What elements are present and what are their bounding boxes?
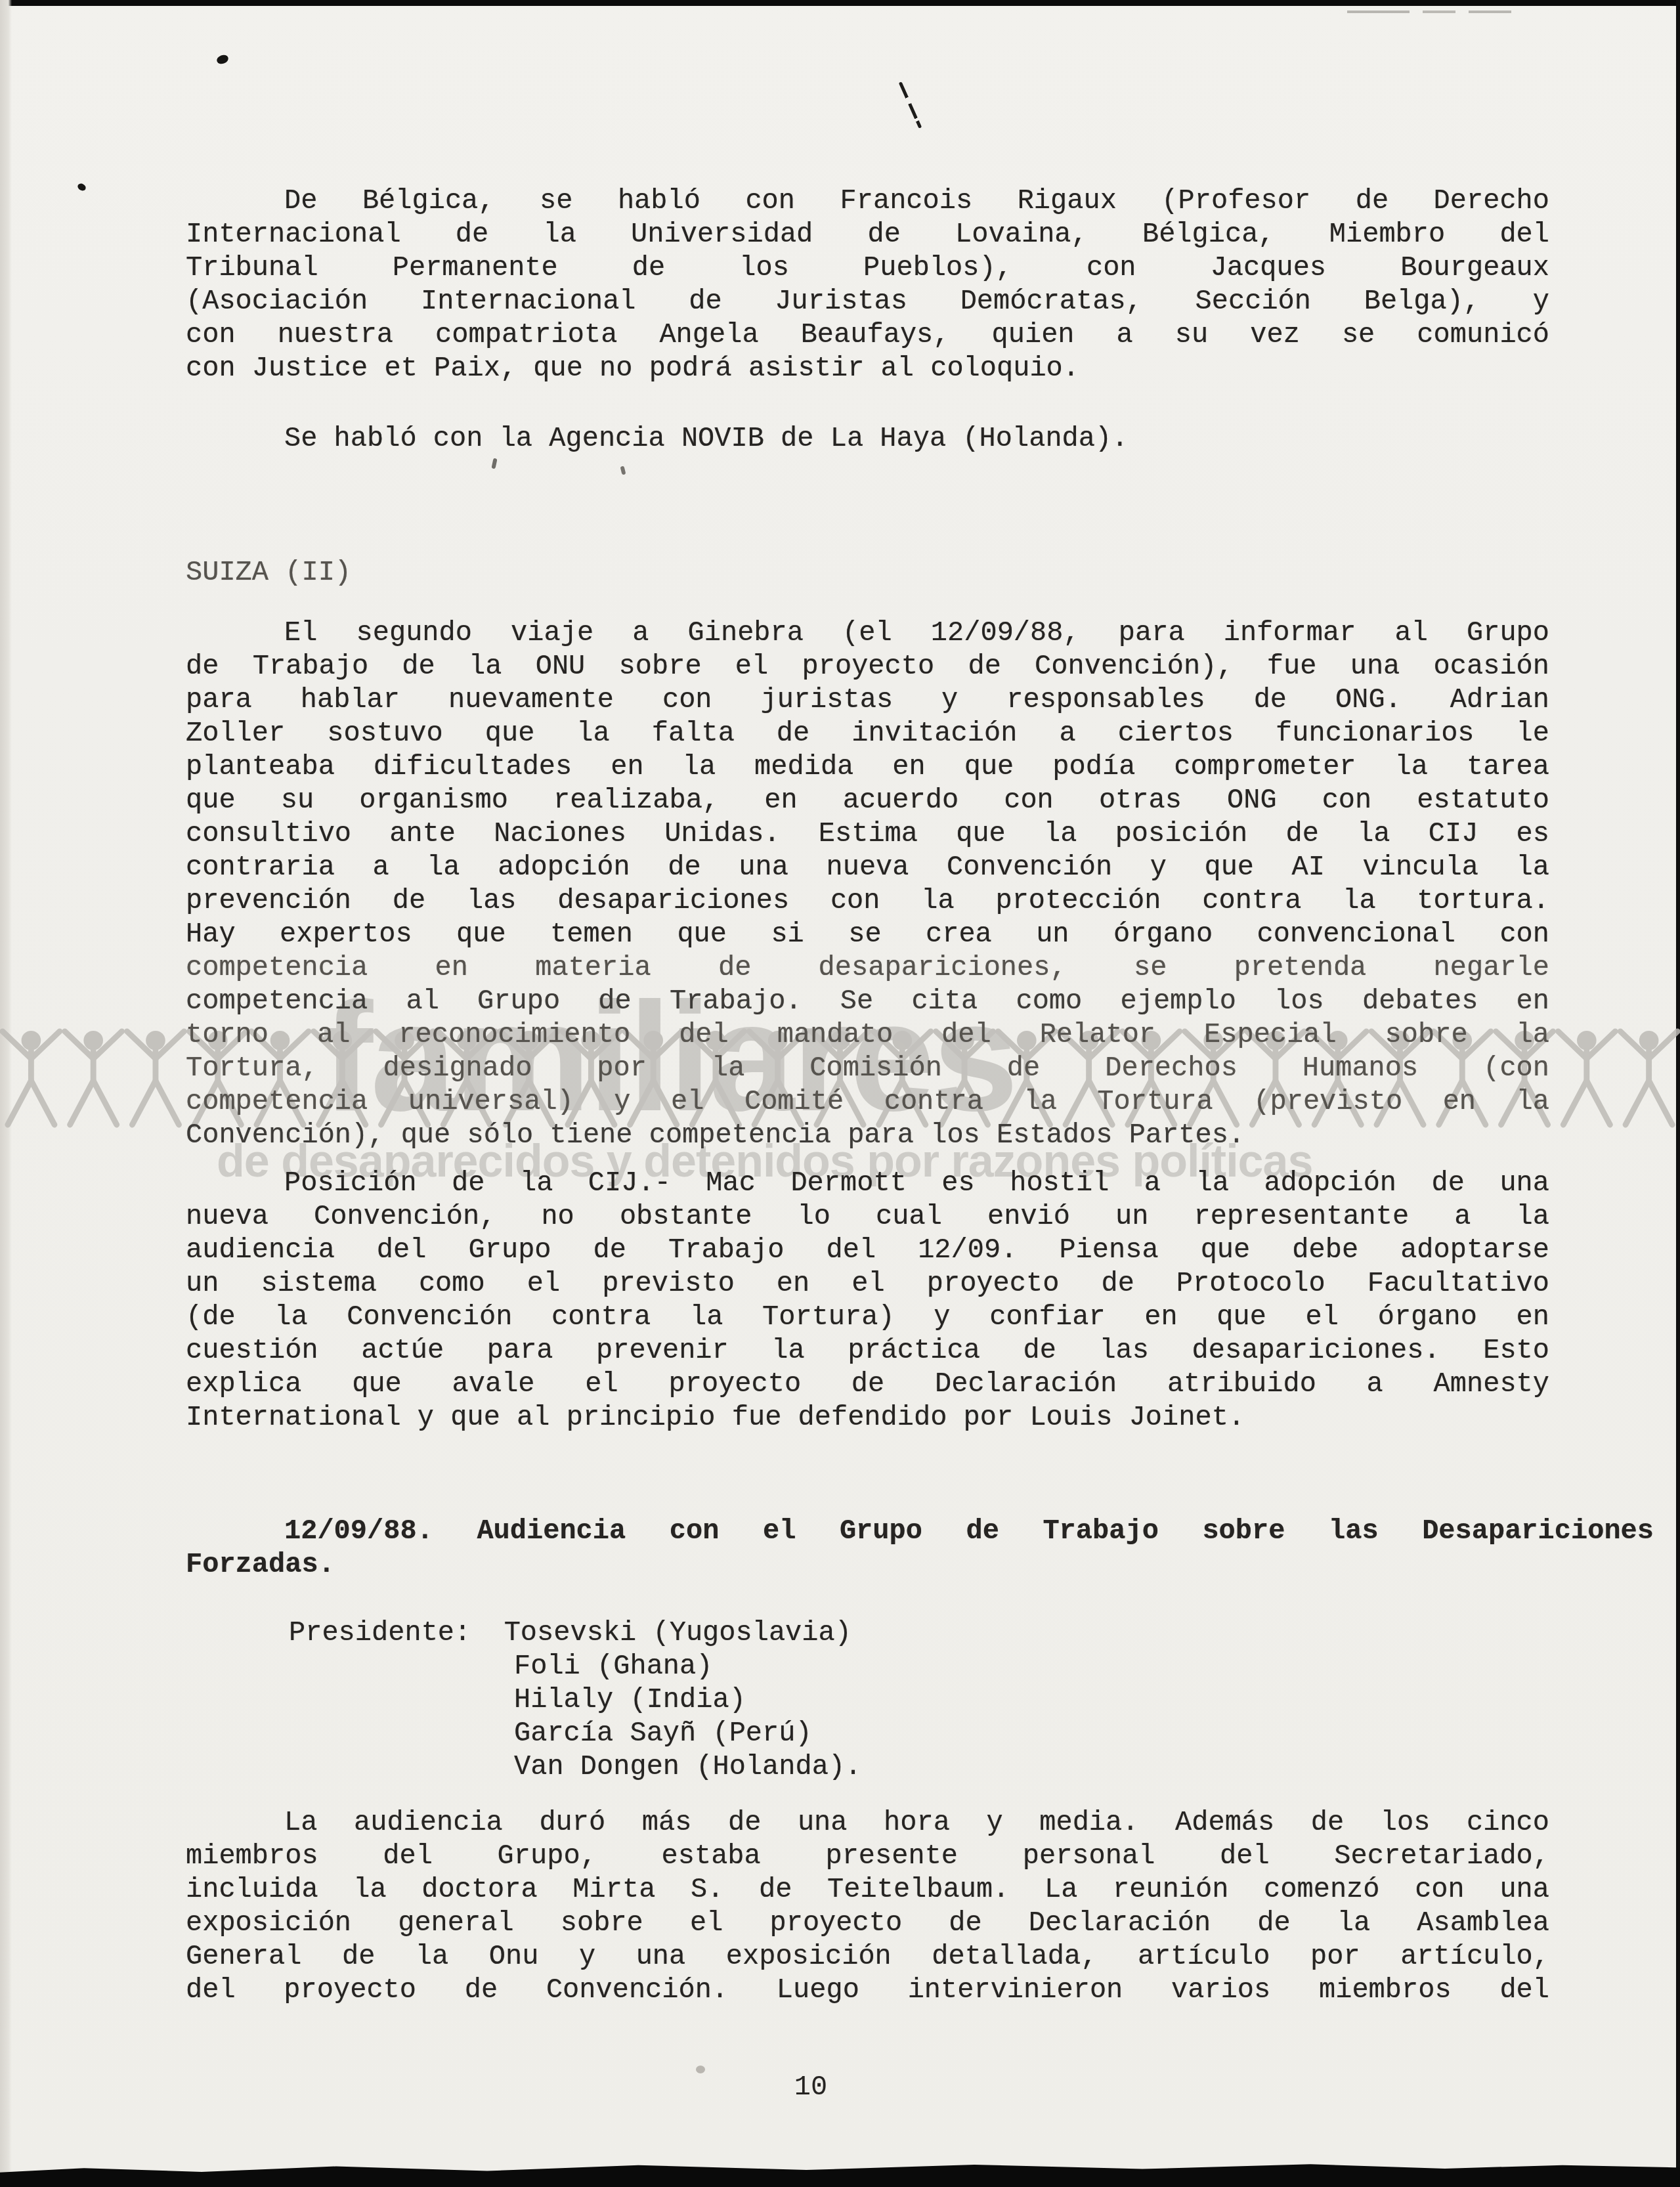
paragraph-novib: Se habló con la Agencia NOVIB de La Haya… <box>186 422 1549 456</box>
ink-speck <box>620 466 626 475</box>
text-line: del proyecto de Convención. Luego interv… <box>186 1974 1549 2007</box>
text-line: audiencia del Grupo de Trabajo del 12/09… <box>186 1234 1549 1267</box>
text-line: explica que avale el proyecto de Declara… <box>186 1368 1549 1401</box>
text-line: incluida la doctora Mirta S. de Teitelba… <box>186 1873 1549 1907</box>
text-line: De Bélgica, se habló con Francois Rigaux… <box>186 184 1549 218</box>
text-line: con nuestra compatriota Angela Beaufays,… <box>186 318 1549 352</box>
text-line: Convención), que sólo tiene competencia … <box>186 1119 1549 1152</box>
paragraph-cij-position: Posición de la CIJ.- Mac Dermott es host… <box>186 1167 1549 1435</box>
text-line: Zoller sostuvo que la falta de invitació… <box>186 717 1549 750</box>
heading-hearing-date: 12/09/88. Audiencia con el Grupo de Trab… <box>186 1515 1654 1582</box>
ink-speck <box>696 2066 705 2073</box>
text-line: Se habló con la Agencia NOVIB de La Haya… <box>186 422 1549 456</box>
list-item: Hilaly (India) <box>514 1683 1652 1717</box>
text-line: Hay expertos que temen que si se crea un… <box>186 918 1549 951</box>
working-group-members-list: Presidente: Tosevski (Yugoslavia) Foli (… <box>289 1616 1652 1784</box>
text-line: nueva Convención, no obstante lo cual en… <box>186 1200 1549 1234</box>
heading-text: SUIZA (II) <box>186 556 1549 590</box>
text-line: competencia en materia de desapariciones… <box>186 951 1549 985</box>
scan-edge-top <box>0 0 1680 6</box>
text-line: El segundo viaje a Ginebra (el 12/09/88,… <box>186 617 1549 650</box>
text-line: para hablar nuevamente con juristas y re… <box>186 683 1549 717</box>
text-line: torno al reconocimiento del mandato del … <box>186 1018 1549 1052</box>
text-line: (Asociación Internacional de Juristas De… <box>186 285 1549 318</box>
text-line: planteaba dificultades en la medida en q… <box>186 750 1549 784</box>
heading-line: Forzadas. <box>186 1548 1654 1582</box>
text-line: International y que al principio fue def… <box>186 1401 1549 1435</box>
text-line: prevención de las desapariciones con la … <box>186 884 1549 918</box>
text-line: competencia al Grupo de Trabajo. Se cita… <box>186 985 1549 1018</box>
paragraph-belgium-contacts: De Bélgica, se habló con Francois Rigaux… <box>186 184 1549 385</box>
text-line: de Trabajo de la ONU sobre el proyecto d… <box>186 650 1549 683</box>
ink-speck <box>491 458 497 469</box>
heading-line: 12/09/88. Audiencia con el Grupo de Trab… <box>186 1515 1654 1548</box>
scan-edge-bottom-torn <box>0 2163 1680 2187</box>
faint-scan-line <box>1347 11 1511 13</box>
text-line: (de la Convención contra la Tortura) y c… <box>186 1301 1549 1334</box>
text-line: exposición general sobre el proyecto de … <box>186 1907 1549 1940</box>
text-line: que su organismo realizaba, en acuerdo c… <box>186 784 1549 817</box>
paragraph-hearing-summary: La audiencia duró más de una hora y medi… <box>186 1806 1549 2007</box>
list-item: Presidente: Tosevski (Yugoslavia) <box>289 1616 1652 1650</box>
text-line: un sistema como el previsto en el proyec… <box>186 1267 1549 1301</box>
text-line: contraria a la adopción de una nueva Con… <box>186 851 1549 884</box>
scanned-document-page: familiares de desaparecidos y detenidos … <box>0 0 1680 2187</box>
text-line: con Justice et Paix, que no podrá asisti… <box>186 352 1549 385</box>
text-line: Tortura, designado por la Comisión de De… <box>186 1052 1549 1085</box>
text-line: competencia universal) y el Comité contr… <box>186 1085 1549 1119</box>
list-item: Van Dongen (Holanda). <box>514 1750 1652 1784</box>
text-line: Internacional de la Universidad de Lovai… <box>186 218 1549 251</box>
list-item: García Sayñ (Perú) <box>514 1717 1652 1750</box>
text-line: La audiencia duró más de una hora y medi… <box>186 1806 1549 1840</box>
text-line: consultivo ante Naciones Unidas. Estima … <box>186 817 1549 851</box>
text-line: cuestión actúe para prevenir la práctica… <box>186 1334 1549 1368</box>
ink-speck <box>215 53 229 65</box>
paragraph-geneva-trip: El segundo viaje a Ginebra (el 12/09/88,… <box>186 617 1549 1152</box>
page-number: 10 <box>755 2071 867 2104</box>
text-line: miembros del Grupo, estaba presente pers… <box>186 1840 1549 1873</box>
text-line: General de la Onu y una exposición detal… <box>186 1940 1549 1974</box>
list-item: Foli (Ghana) <box>514 1650 1652 1683</box>
pen-mark <box>899 81 922 128</box>
text-line: Tribunal Permanente de los Pueblos), con… <box>186 251 1549 285</box>
ink-speck <box>76 182 87 192</box>
text-line: Posición de la CIJ.- Mac Dermott es host… <box>186 1167 1549 1200</box>
section-heading-suiza: SUIZA (II) <box>186 556 1549 590</box>
